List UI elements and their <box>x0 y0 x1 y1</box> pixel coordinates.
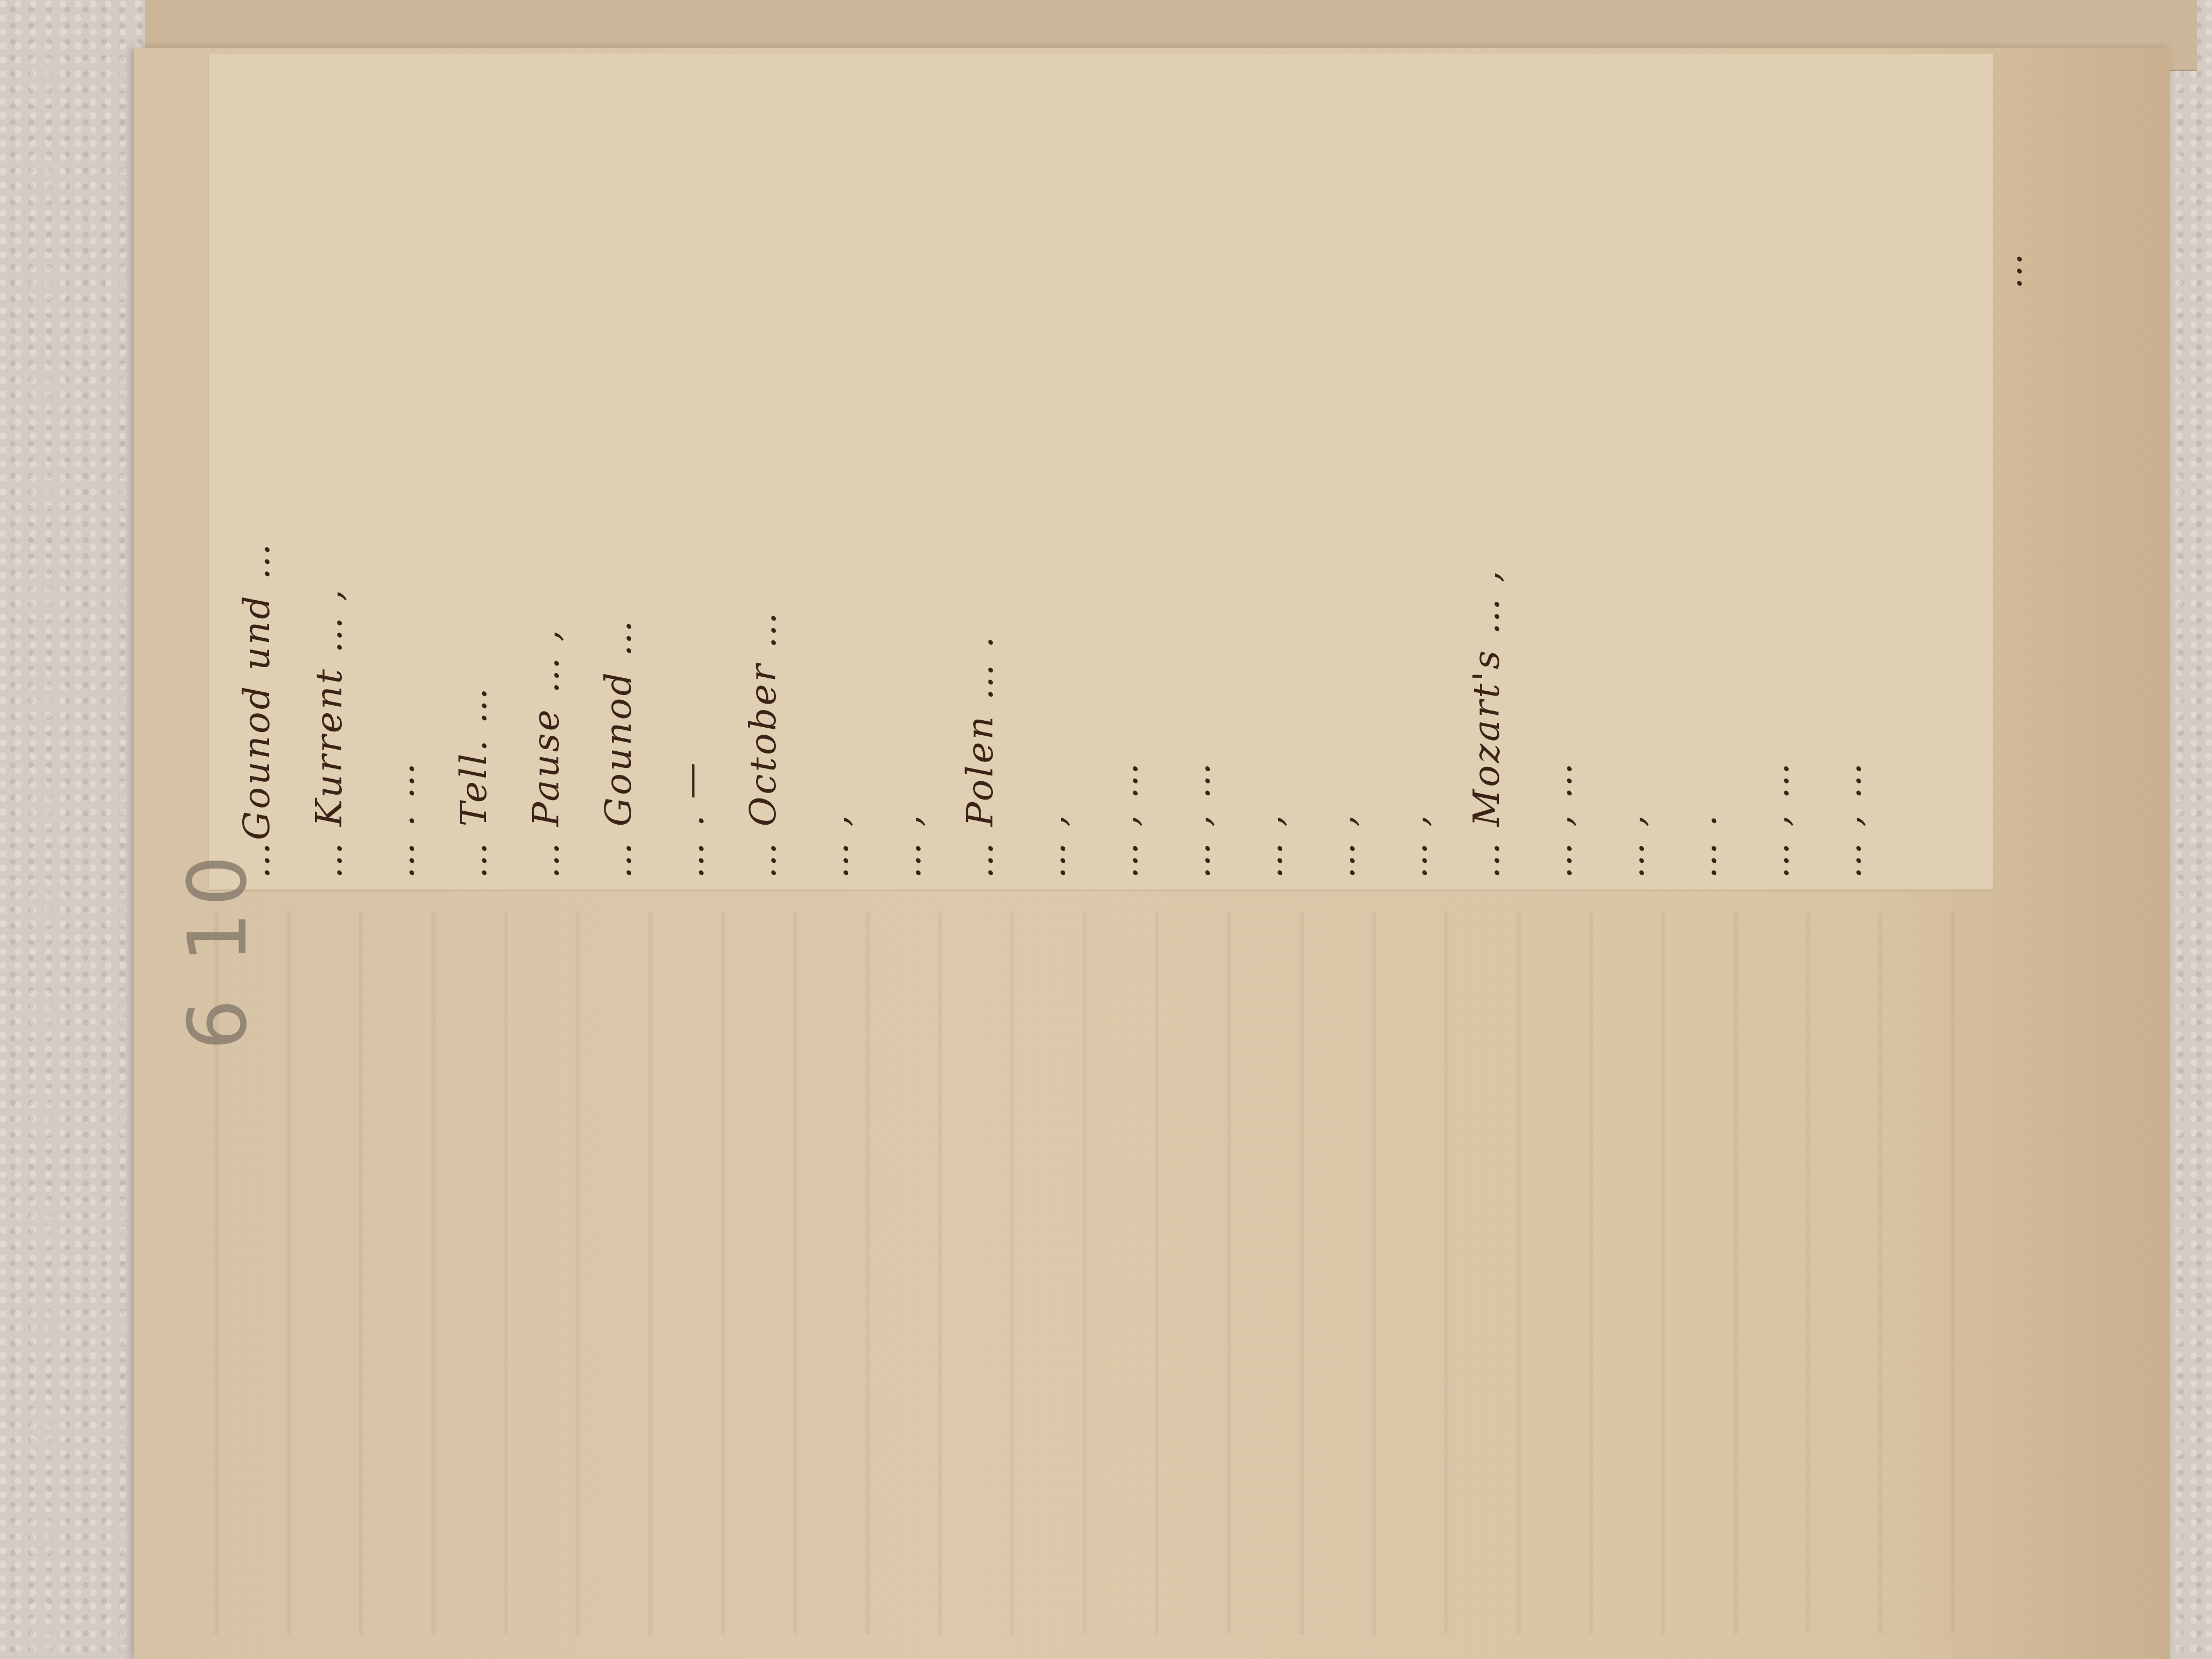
text-line: … Pause … , <box>525 627 567 879</box>
text-line: … , … <box>1538 760 1580 879</box>
text-line: … , <box>1249 813 1291 879</box>
text-line: …Gounod und … <box>236 541 278 879</box>
text-line: … , <box>1393 813 1436 879</box>
text-line: … October … <box>742 610 784 879</box>
text-line: … , <box>1610 813 1653 879</box>
closing-word: … <box>1988 253 2030 289</box>
text-line: … , … <box>1827 760 1870 879</box>
text-line: … , <box>1032 813 1074 879</box>
text-line: … Tell. … <box>453 685 495 879</box>
text-line: … Mozart's … , <box>1466 569 1508 879</box>
text-line: … Gounod … <box>597 618 640 879</box>
ink-bleed-through <box>214 911 1983 1634</box>
text-line: … , <box>1321 813 1363 879</box>
text-line: … Kurrent … , <box>308 587 350 879</box>
text-line: … . — <box>670 760 712 879</box>
text-line: … , <box>887 813 929 879</box>
text-line: … , … <box>1176 760 1219 879</box>
text-line: … . … <box>380 760 423 879</box>
text-line: … , … <box>1755 760 1797 879</box>
text-line: … , … <box>1104 760 1146 879</box>
cloth-background <box>0 0 150 1659</box>
text-line: … . <box>1683 813 1725 879</box>
text-line: … , <box>814 813 857 879</box>
folio-number: 6 10 <box>171 850 265 1050</box>
text-line: … Polen … . <box>959 634 1002 879</box>
